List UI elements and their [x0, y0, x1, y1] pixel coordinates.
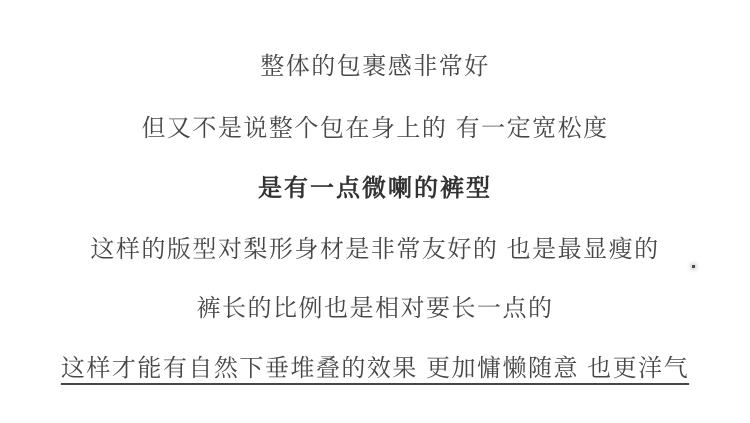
page: { "page": { "background_color": "#ffffff… [0, 0, 750, 423]
text-line-flare-style-bold: 是有一点微喇的裤型 [0, 176, 750, 202]
speck-artifact [692, 265, 695, 268]
text-line-pants-length: 裤长的比例也是相对要长一点的 [0, 296, 750, 322]
text-line-draping-effect-underlined: 这样才能有自然下垂堆叠的效果 更加慵懒随意 也更洋气 [0, 356, 750, 382]
text-line-pear-shape: 这样的版型对梨形身材是非常友好的 也是最显瘦的 [0, 237, 750, 263]
text-line-overall-fit: 整体的包裹感非常好 [0, 54, 750, 80]
text-line-looseness: 但又不是说整个包在身上的 有一定宽松度 [0, 116, 750, 142]
